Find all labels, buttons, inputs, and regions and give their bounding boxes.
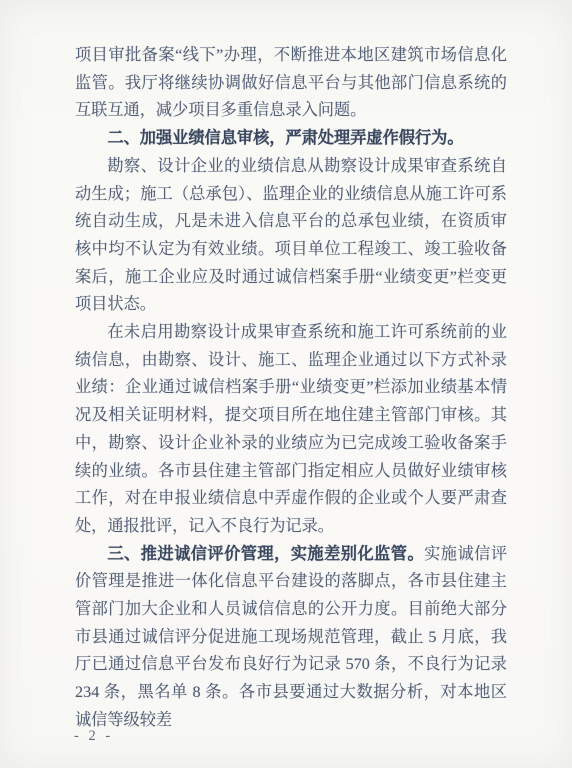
document-body: 项目审批备案“线下”办理，不断推进本地区建筑市场信息化监管。我厅将继续协调做好信… xyxy=(75,42,507,735)
page-number: - 2 - xyxy=(74,728,113,745)
paragraph-continuation: 项目审批备案“线下”办理，不断推进本地区建筑市场信息化监管。我厅将继续协调做好信… xyxy=(75,42,507,125)
scanned-document-page: 项目审批备案“线下”办理，不断推进本地区建筑市场信息化监管。我厅将继续协调做好信… xyxy=(0,0,572,768)
section-heading-2: 二、加强业绩信息审核，严肃处理弄虚作假行为。 xyxy=(75,125,507,153)
paragraph-supplementary-records: 在未启用勘察设计成果审查系统和施工许可系统前的业绩信息，由勘察、设计、施工、监理… xyxy=(75,319,507,541)
credit-evaluation-text: 实施诚信评价管理是推进一体化信息平台建设的落脚点，各市县住建主管部门加大企业和人… xyxy=(75,545,507,729)
paragraph-performance-records: 勘察、设计企业的业绩信息从勘察设计成果审查系统自动生成；施工（总承包）、监理企业… xyxy=(75,153,507,319)
section-heading-3: 三、推进诚信评价管理，实施差别化监管。 xyxy=(107,545,424,563)
paragraph-credit-evaluation: 三、推进诚信评价管理，实施差别化监管。实施诚信评价管理是推进一体化信息平台建设的… xyxy=(75,541,507,735)
